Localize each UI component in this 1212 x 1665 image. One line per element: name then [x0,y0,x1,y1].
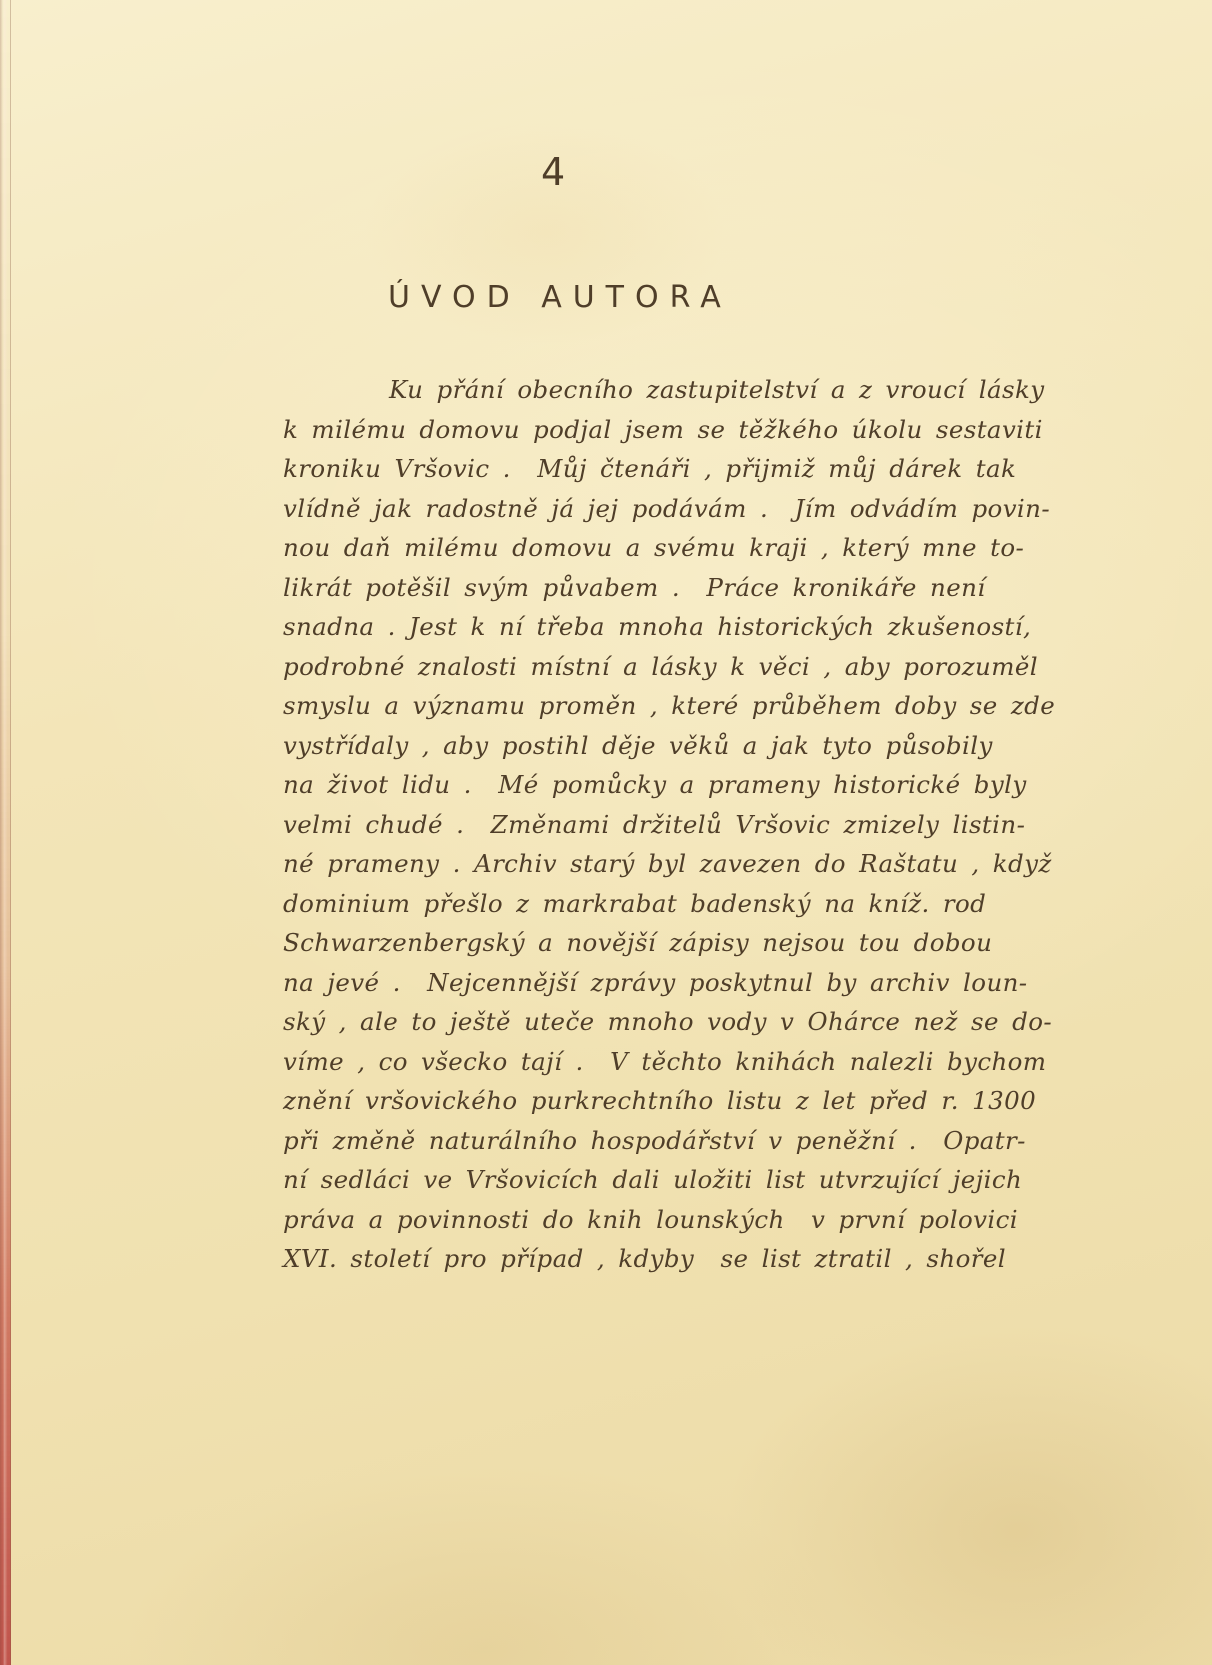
text-line: Schwarzenbergský a novější zápisy nejsou… [283,923,1003,963]
text-line: podrobné znalosti místní a lásky k věci … [283,647,1003,687]
page-number: 4 [541,150,567,194]
text-line: práva a povinnosti do knih lounských v p… [283,1200,1003,1240]
text-line: XVI. století pro případ , kdyby se list … [283,1239,1003,1279]
text-line: velmi chudé . Změnami držitelů Vršovic z… [283,805,1003,845]
text-line: ní sedláci ve Vršovicích dali uložiti li… [283,1160,1003,1200]
text-line: vlídně jak radostně já jej podávám . Jím… [283,489,1003,529]
text-line: ský , ale to ještě uteče mnoho vody v Oh… [283,1002,1003,1042]
section-title: ÚVOD AUTORA [388,280,732,315]
manuscript-page: 4 ÚVOD AUTORA Ku přání obecního zastupit… [0,0,1212,1665]
text-line: né prameny . Archiv starý byl zavezen do… [283,844,1003,884]
text-line: kroniku Vršovic . Můj čtenáři , přijmiž … [283,449,1003,489]
text-line: víme , co všecko tají . V těchto knihách… [283,1042,1003,1082]
book-binding-edge [0,0,11,1665]
text-line: při změně naturálního hospodářství v pen… [283,1121,1003,1161]
text-line: vystřídaly , aby postihl děje věků a jak… [283,726,1003,766]
text-line: na jevé . Nejcennější zprávy poskytnul b… [283,963,1003,1003]
text-line: k milému domovu podjal jsem se těžkého ú… [283,410,1003,450]
text-line: znění vršovického purkrechtního listu z … [283,1081,1003,1121]
text-line: nou daň milému domovu a svému kraji , kt… [283,528,1003,568]
text-line: dominium přešlo z markrabat badenský na … [283,884,1003,924]
text-line: Ku přání obecního zastupitelství a z vro… [283,370,1003,410]
text-line: smyslu a významu proměn , které průběhem… [283,686,1003,726]
text-line: na život lidu . Mé pomůcky a prameny his… [283,765,1003,805]
text-line: likrát potěšil svým půvabem . Práce kron… [283,568,1003,608]
handwritten-body: Ku přání obecního zastupitelství a z vro… [283,370,1003,1279]
text-line: snadna . Jest k ní třeba mnoha historick… [283,607,1003,647]
